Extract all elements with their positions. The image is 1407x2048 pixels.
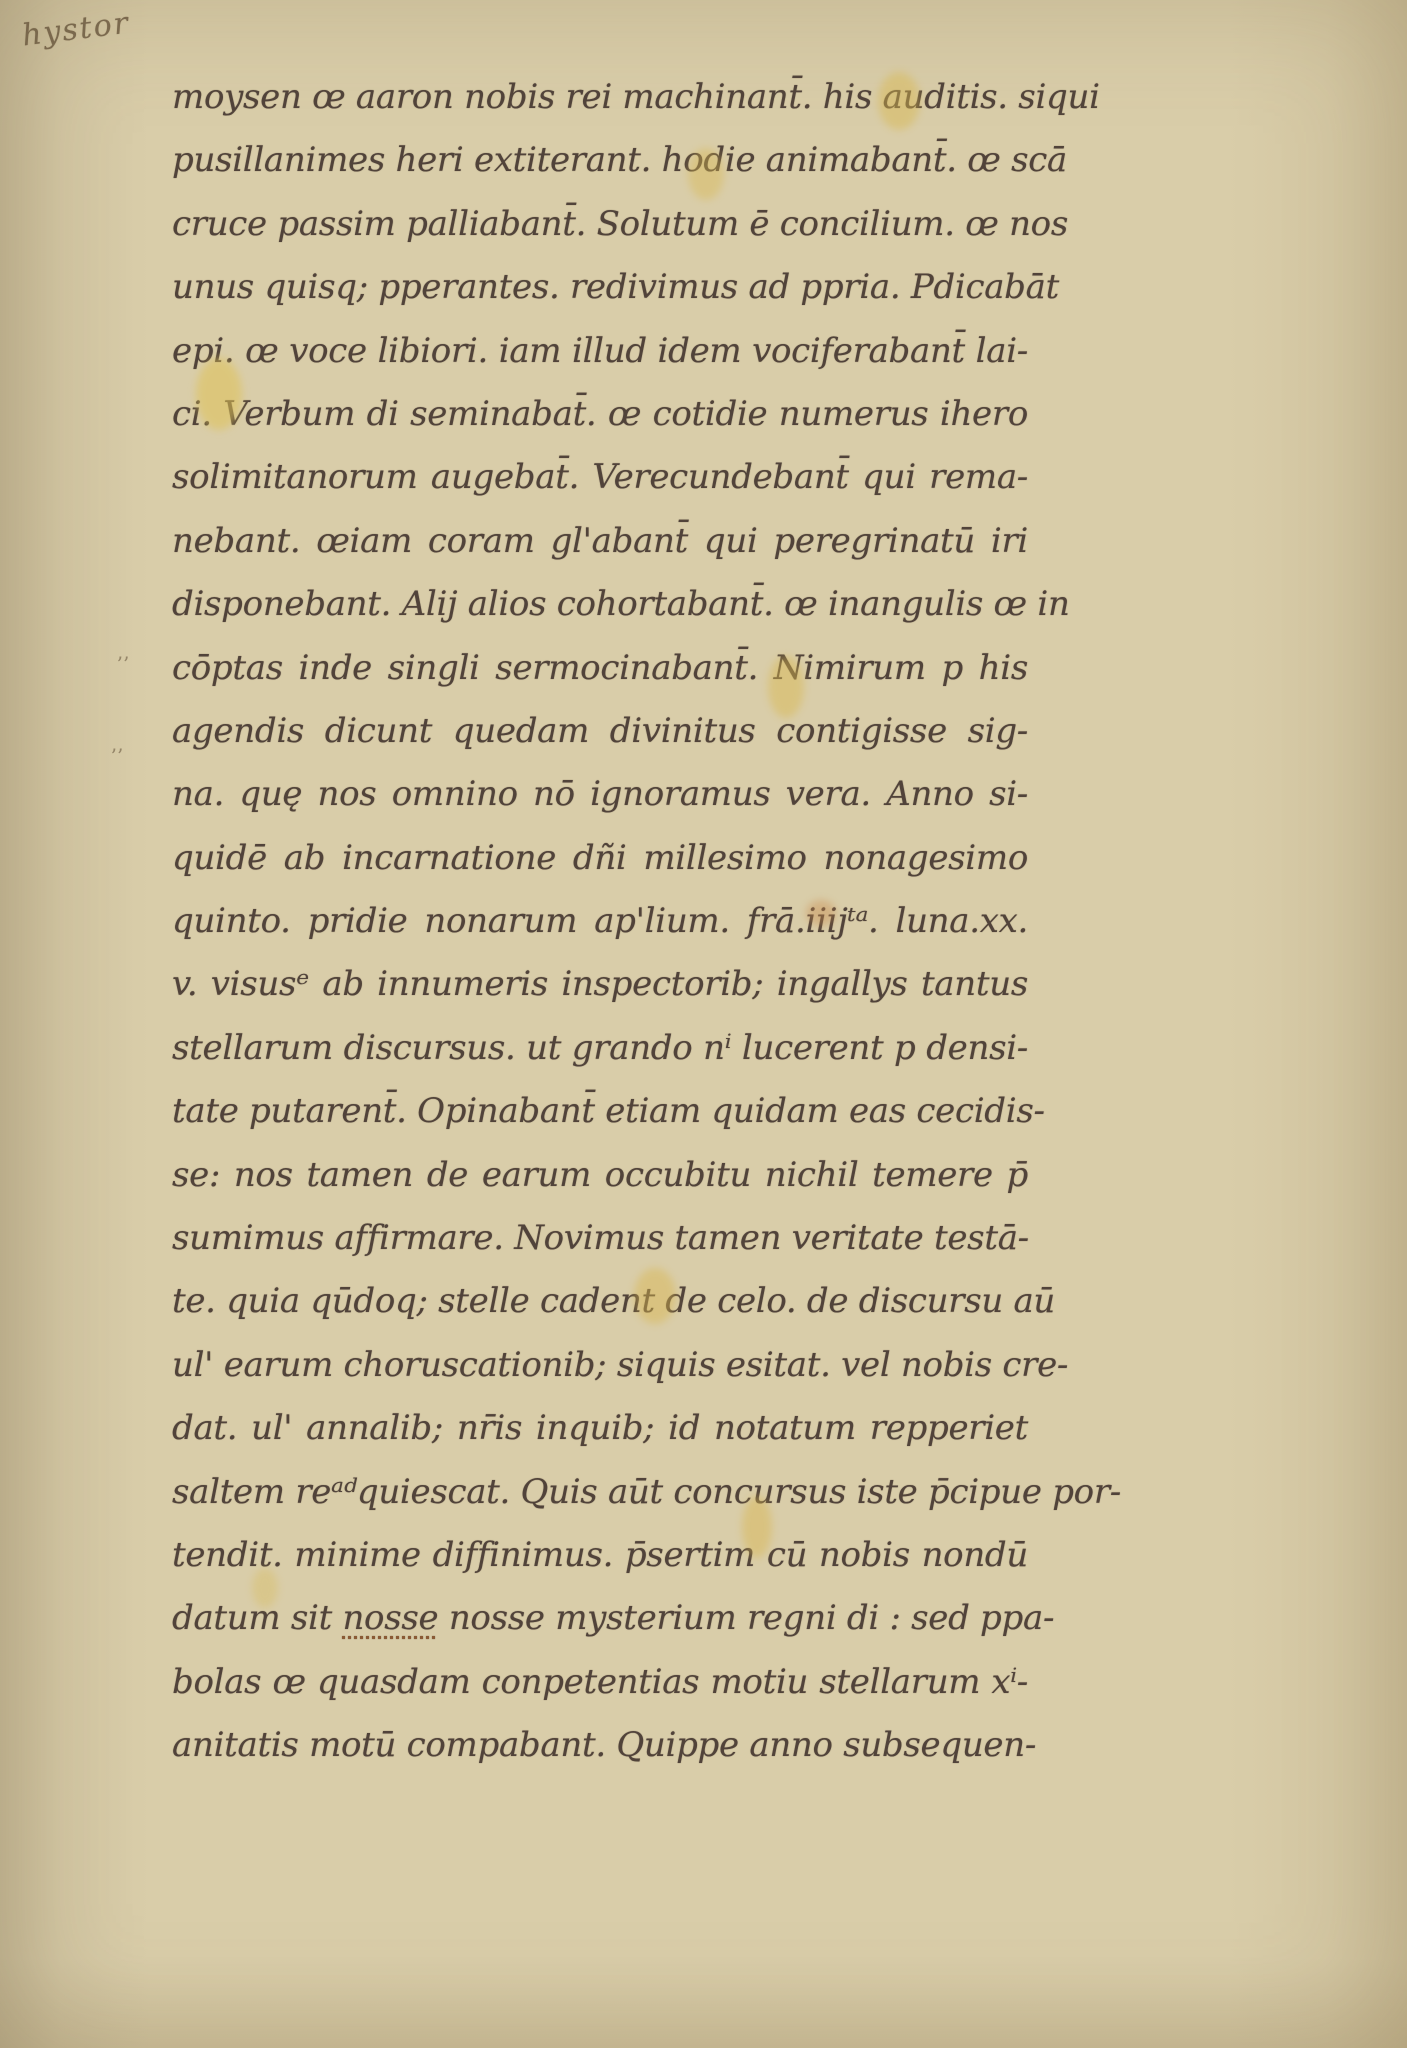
manuscript-line: solimitanorum augebat̄. Verecundebant̄ q… xyxy=(172,446,1028,509)
manuscript-line: quidē ab incarnatione dñi millesimo nona… xyxy=(172,827,1028,890)
manuscript-line: tendit. minime diffinimus. p̄sertim cū n… xyxy=(172,1524,1028,1587)
manuscript-line: se: nos tamen de earum occubitu nichil t… xyxy=(172,1144,1028,1207)
manuscript-line: te. quia qūdoq; stelle cadent de celo. d… xyxy=(172,1270,1028,1333)
manuscript-line: sumimus affirmare. Novimus tamen veritat… xyxy=(172,1207,1028,1270)
manuscript-line: bolas œ quasdam conpetentias motiu stell… xyxy=(172,1651,1028,1714)
margin-mark: ʼʼ xyxy=(116,652,129,676)
margin-mark: ʼʼ xyxy=(110,744,123,768)
manuscript-line: disponebant. Alij alios cohortabant̄. œ … xyxy=(172,573,1028,636)
manuscript-page: hystor moysen œ aaron nobis rei machinan… xyxy=(0,0,1407,2048)
manuscript-line: unus quisq; pperantes. redivimus ad ppri… xyxy=(172,256,1028,319)
manuscript-line: tate putarent̄. Opinabant̄ etiam quidam … xyxy=(172,1080,1028,1143)
manuscript-line: na. quę nos omnino nō ignoramus vera. An… xyxy=(172,763,1028,826)
manuscript-line: moysen œ aaron nobis rei machinant̄. his… xyxy=(172,66,1028,129)
manuscript-line: epi. œ voce libiori. iam illud idem voci… xyxy=(172,320,1028,383)
manuscript-line: dat. ul' annalib; nr̄is inquib; id notat… xyxy=(172,1397,1028,1460)
manuscript-line: saltem reᵃᵈquiescat. Quis aūt concursus … xyxy=(172,1461,1028,1524)
manuscript-line: quinto. pridie nonarum ap'lium. frā.iiij… xyxy=(172,890,1028,953)
manuscript-line: cōptas inde singli sermocinabant̄. Nimir… xyxy=(172,637,1028,700)
manuscript-line: pusillanimes heri extiterant. hodie anim… xyxy=(172,129,1028,192)
margin-annotation: hystor xyxy=(20,6,132,54)
manuscript-line: anitatis motū compabant. Quippe anno sub… xyxy=(172,1714,1028,1777)
manuscript-line: ul' earum choruscationib; siquis esitat.… xyxy=(172,1334,1028,1397)
text-block: moysen œ aaron nobis rei machinant̄. his… xyxy=(172,66,1028,1778)
manuscript-line: cruce passim palliabant̄. Solutum ē conc… xyxy=(172,193,1028,256)
manuscript-line: ci. Verbum di seminabat̄. œ cotidie nume… xyxy=(172,383,1028,446)
manuscript-line: stellarum discursus. ut grando nⁱ lucere… xyxy=(172,1017,1028,1080)
manuscript-line: v. visusᵉ ab innumeris inspectorib; inga… xyxy=(172,953,1028,1016)
manuscript-line: nebant. œiam coram gl'abant̄ qui peregri… xyxy=(172,510,1028,573)
manuscript-line: agendis dicunt quedam divinitus contigis… xyxy=(172,700,1028,763)
manuscript-line: datum sit nosse nosse mysterium regni di… xyxy=(172,1587,1028,1650)
